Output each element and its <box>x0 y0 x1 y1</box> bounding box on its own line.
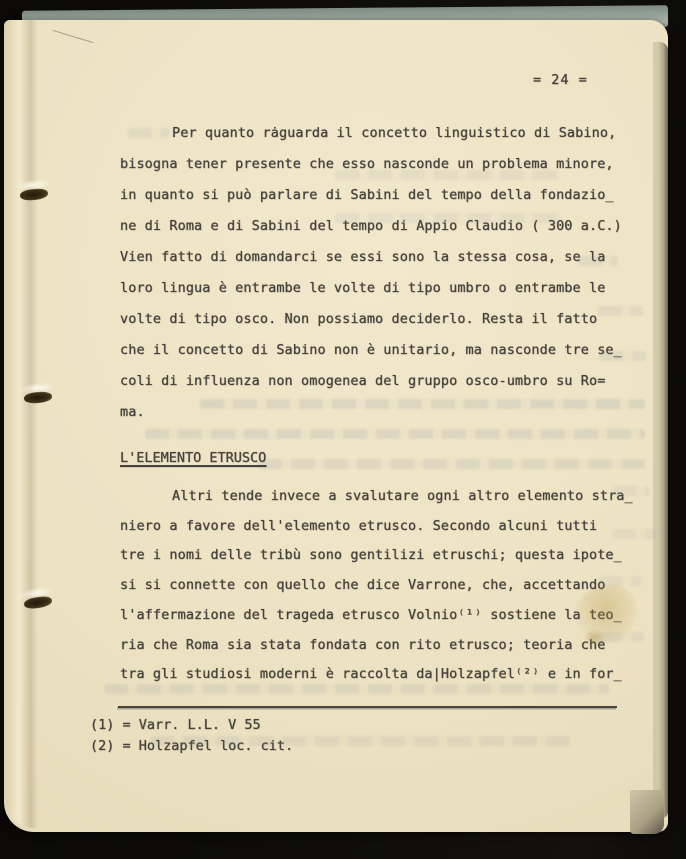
page-edge-stack-right <box>653 42 668 818</box>
typewritten-line: l'affermazione del trageda etrusco Volni… <box>120 601 640 631</box>
bleed-through-text <box>150 736 570 746</box>
typewritten-line: che il concetto di Sabino non è unitario… <box>120 335 640 366</box>
bleed-through-text <box>599 351 646 361</box>
typewritten-line: Altri tende invece a svalutare ogni altr… <box>120 482 640 512</box>
typewritten-line: si si connette con quello che dice Varro… <box>120 571 640 601</box>
scanned-page-photo: = 24 = Per quanto rȧguarda il concetto l… <box>0 0 686 859</box>
page-edge-stack-bottom <box>630 790 664 834</box>
bleed-through-text <box>104 684 609 694</box>
bleed-through-text <box>145 429 645 439</box>
bleed-through-text <box>128 128 170 138</box>
page-fold-shadow <box>4 20 38 828</box>
bleed-through-text <box>578 256 618 266</box>
typewritten-line: Per quanto rȧguarda il concetto linguist… <box>120 118 640 149</box>
typewritten-line: in quanto si può parlare di Sabini del t… <box>120 180 640 211</box>
bleed-through-text <box>597 306 643 316</box>
typewritten-line: tre i nomi delle tribù sono gentilizi et… <box>120 541 640 571</box>
footnote-line: (1) = Varr. L.L. V 55 <box>90 715 293 736</box>
bleed-through-text <box>335 170 560 180</box>
typewritten-line: Vien fatto di domandarci se essi sono la… <box>120 242 640 273</box>
bleed-through-text <box>258 459 646 469</box>
typewritten-line: coli di influenza non omogenea del grupp… <box>120 366 640 397</box>
typewritten-line: volte di tipo osco. Non possiamo decider… <box>120 304 640 335</box>
typewritten-line: niero a favore dell'elemento etrusco. Se… <box>120 512 640 542</box>
bleed-through-text <box>612 486 650 496</box>
page-number: = 24 = <box>533 72 588 88</box>
footnote-separator-rule <box>118 706 617 708</box>
bleed-through-text <box>612 529 656 539</box>
typewritten-line: ria che Roma sia stata fondata con rito … <box>120 631 640 661</box>
paper-stain <box>584 630 604 646</box>
typewritten-line: loro lingua è entrambe le volte di tipo … <box>120 273 640 304</box>
paragraph-sabino: Per quanto rȧguarda il concetto linguist… <box>120 118 640 428</box>
paragraph-etrusco: Altri tende invece a svalutare ogni altr… <box>120 482 640 690</box>
section-heading: L'ELEMENTO ETRUSCO <box>120 450 266 466</box>
bleed-through-text <box>200 399 645 409</box>
bleed-through-text <box>335 213 563 223</box>
